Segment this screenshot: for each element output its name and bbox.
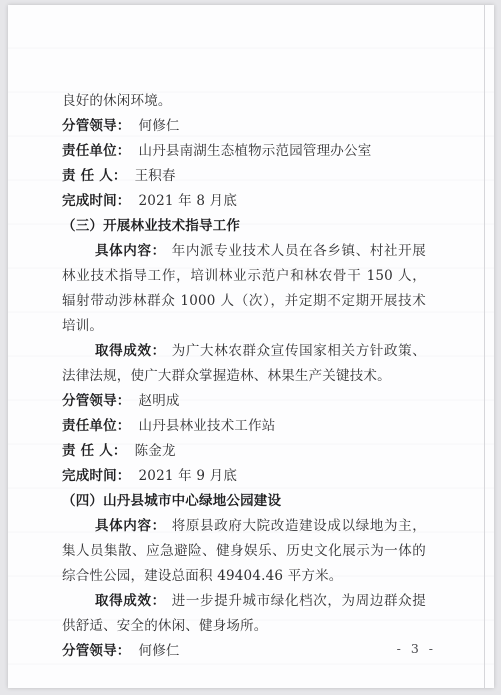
meta-value: 何修仁 xyxy=(139,643,180,659)
meta-label: 责 任 人： xyxy=(62,168,127,184)
meta-value: 山丹县南湖生态植物示范园管理办公室 xyxy=(139,143,372,159)
meta-line-person: 责 任 人：王积春 xyxy=(62,164,426,189)
document-page: 良好的休闲环境。 分管领导：何修仁 责任单位：山丹县南湖生态植物示范园管理办公室… xyxy=(8,5,494,688)
meta-value: 2021 年 9 月底 xyxy=(139,468,238,484)
meta-line-unit: 责任单位：山丹县南湖生态植物示范园管理办公室 xyxy=(62,139,426,164)
body-paragraph-result: 取得成效：进一步提升城市绿化档次，为周边群众提供舒适、安全的休闲、健身场所。 xyxy=(62,589,426,639)
meta-line-leader: 分管领导：何修仁 xyxy=(62,114,426,139)
body-paragraph-content: 具体内容：将原县政府大院改造建设成以绿地为主，集人员集散、应急避险、健身娱乐、历… xyxy=(62,514,426,589)
section-heading-4: （四）山丹县城市中心绿地公园建设 xyxy=(62,489,426,514)
meta-line-unit: 责任单位：山丹县林业技术工作站 xyxy=(62,414,426,439)
meta-line-leader: 分管领导：何修仁 xyxy=(62,639,426,664)
meta-label: 责任单位： xyxy=(62,418,131,434)
meta-label: 完成时间： xyxy=(62,468,131,484)
meta-value: 何修仁 xyxy=(139,118,180,134)
paragraph-lead-label: 取得成效： xyxy=(95,343,166,359)
meta-line-deadline: 完成时间：2021 年 9 月底 xyxy=(62,464,426,489)
document-body: 良好的休闲环境。 分管领导：何修仁 责任单位：山丹县南湖生态植物示范园管理办公室… xyxy=(62,89,426,664)
scan-background: 良好的休闲环境。 分管领导：何修仁 责任单位：山丹县南湖生态植物示范园管理办公室… xyxy=(0,0,501,695)
paragraph-lead-label: 具体内容： xyxy=(95,243,166,259)
section-heading-3: （三）开展林业技术指导工作 xyxy=(62,214,426,239)
body-paragraph-content: 具体内容：年内派专业技术人员在各乡镇、村社开展林业技术指导工作，培训林业示范户和… xyxy=(62,239,426,339)
meta-label: 责任单位： xyxy=(62,143,131,159)
paragraph-lead-label: 取得成效： xyxy=(95,593,166,609)
meta-line-deadline: 完成时间：2021 年 8 月底 xyxy=(62,189,426,214)
meta-label: 分管领导： xyxy=(62,393,131,409)
meta-value: 山丹县林业技术工作站 xyxy=(139,418,276,434)
meta-line-person: 责 任 人：陈金龙 xyxy=(62,439,426,464)
body-paragraph-result: 取得成效：为广大林农群众宣传国家相关方针政策、法律法规，使广大群众掌握造林、林果… xyxy=(62,339,426,389)
page-number: - 3 - xyxy=(397,641,436,656)
meta-label: 责 任 人： xyxy=(62,443,127,459)
meta-value: 陈金龙 xyxy=(135,443,176,459)
continuation-line: 良好的休闲环境。 xyxy=(62,89,426,114)
meta-line-leader: 分管领导：赵明成 xyxy=(62,389,426,414)
meta-label: 完成时间： xyxy=(62,193,131,209)
meta-label: 分管领导： xyxy=(62,643,131,659)
meta-value: 王积春 xyxy=(135,168,176,184)
paragraph-lead-label: 具体内容： xyxy=(95,518,166,534)
meta-label: 分管领导： xyxy=(62,118,131,134)
scan-artifact-line xyxy=(484,5,485,688)
meta-value: 2021 年 8 月底 xyxy=(139,193,238,209)
meta-value: 赵明成 xyxy=(139,393,180,409)
